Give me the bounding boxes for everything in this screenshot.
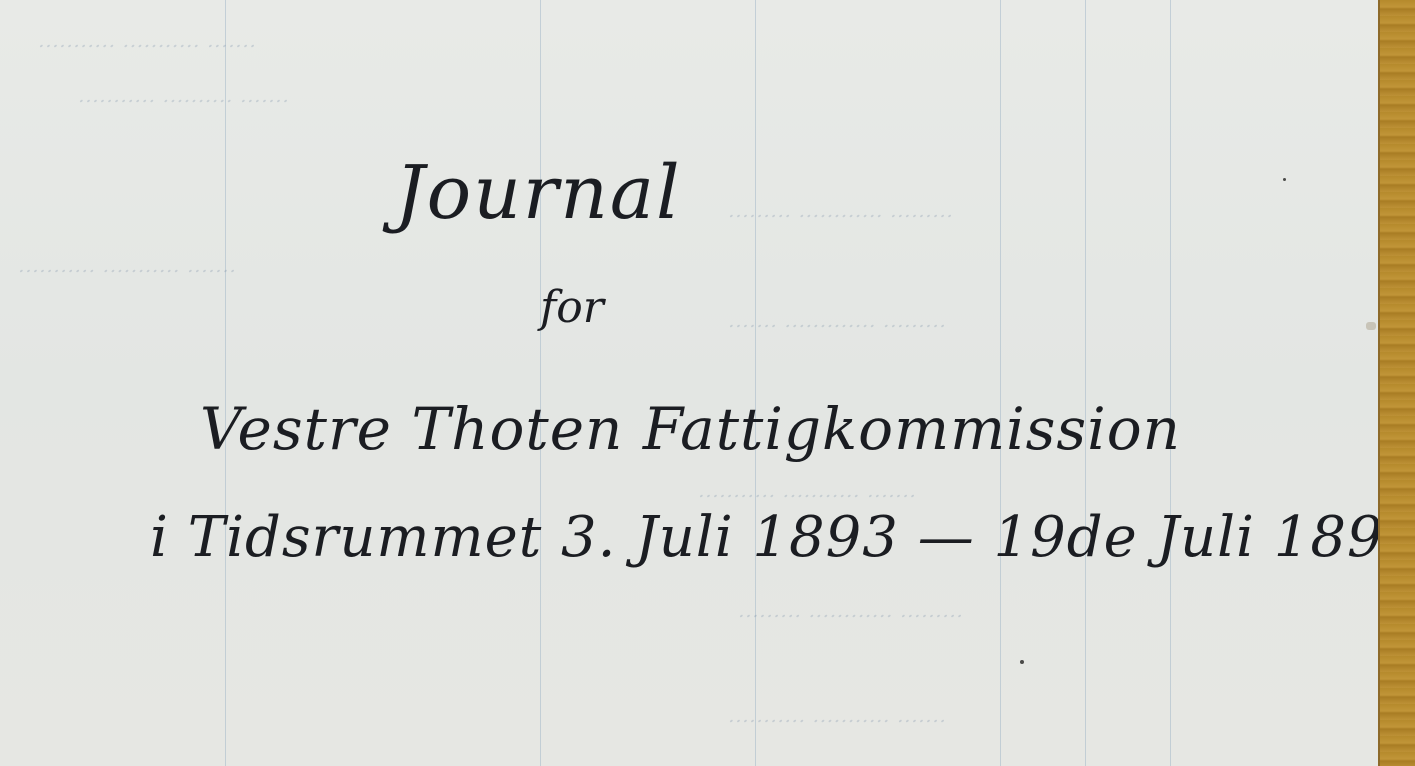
bleed-through-text: ......... ............ ......... (726, 200, 958, 222)
bleed-through-text: ........... ........... ....... (726, 705, 951, 727)
column-rule (1000, 0, 1001, 766)
column-rule (540, 0, 541, 766)
ink-speck (1020, 660, 1024, 664)
page-edge-tear (1366, 322, 1376, 330)
bleed-through-text: ........... ........... ....... (36, 30, 261, 52)
bleed-through-text: ........... ........... ....... (16, 255, 241, 277)
ink-speck (1283, 178, 1286, 181)
ledger-page: ........... ........... ....... ........… (0, 0, 1378, 766)
column-rule (1085, 0, 1086, 766)
journal-title: Journal (395, 150, 682, 236)
column-rule (1170, 0, 1171, 766)
date-range-line: i Tidsrummet 3. Juli 1893 — 19de Juli 18… (150, 505, 1378, 570)
preposition-for: for (540, 282, 604, 333)
bleed-through-text: ......... ............ ......... (736, 600, 968, 622)
column-rule (225, 0, 226, 766)
wooden-surface (1378, 0, 1415, 766)
bleed-through-text: ........... ........... ....... (696, 480, 921, 502)
organization-name: Vestre Thoten Fattigkommission (200, 395, 1181, 463)
bleed-through-text: ....... ............. ......... (726, 310, 951, 332)
bleed-through-text: ........... .......... ....... (76, 85, 294, 107)
column-rule (755, 0, 756, 766)
